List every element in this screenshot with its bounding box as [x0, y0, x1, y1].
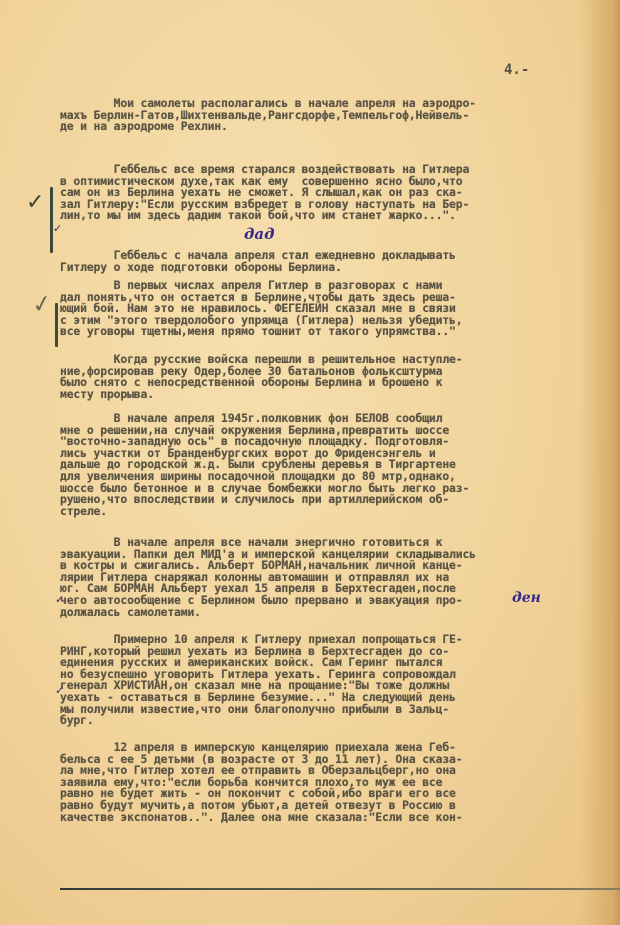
text-line: все уговоры тщетны,меня прямо тошнит от … — [60, 326, 580, 338]
page-number: 4.- — [504, 62, 529, 78]
margin-bar — [50, 187, 53, 253]
paragraph: В начале апреля все начали энергично гот… — [60, 537, 580, 618]
text-line: лин,то мы им здесь дадим такой бой,что и… — [60, 210, 580, 222]
handwritten-correction: ден — [512, 590, 541, 606]
text-line: рушено,что впоследствии и случилось при … — [60, 494, 580, 506]
check-mark-icon: ✓ — [53, 222, 62, 235]
text-line: мы получили известие,что они благополучн… — [60, 704, 580, 716]
text-line: месту прорыва. — [60, 389, 580, 401]
paragraph: Геббельс все время старался воздействова… — [60, 164, 580, 222]
paper-edge-shadow — [580, 0, 620, 925]
paragraph: В первых числах апреля Гитлер в разговор… — [60, 280, 580, 338]
text-line: стреле. — [60, 506, 580, 518]
check-mark-icon: ✓ — [55, 593, 64, 606]
paragraph: Когда русские войска перешли в решительн… — [60, 354, 580, 400]
handwritten-correction: дад — [244, 225, 275, 243]
check-mark-icon: ✓ — [30, 288, 55, 319]
check-mark-icon: ✓ — [26, 190, 44, 215]
paragraph: 12 апреля в имперскую канцелярию приехал… — [60, 742, 580, 823]
margin-bar — [55, 303, 58, 347]
paragraph: В начале апреля 1945г.полковник фон БЕЛО… — [60, 413, 580, 517]
text-line: должалась самолетами. — [60, 607, 580, 619]
fold-crease — [60, 888, 620, 890]
paragraph: Примерно 10 апреля к Гитлеру приехал поп… — [60, 634, 580, 727]
paragraph: Мои самолеты располагались в начале апре… — [60, 98, 580, 133]
text-line: де и на аэродроме Рехлин. — [60, 121, 580, 133]
text-line: бург. — [60, 715, 580, 727]
check-mark-icon: ✓ — [55, 684, 64, 697]
paragraph: Геббельс с начала апреля стал ежедневно … — [60, 250, 580, 273]
text-line: качестве экспонатов..". Далее она мне ск… — [60, 812, 580, 824]
text-line: Гитлеру о ходе подготовки обороны Берлин… — [60, 262, 580, 274]
